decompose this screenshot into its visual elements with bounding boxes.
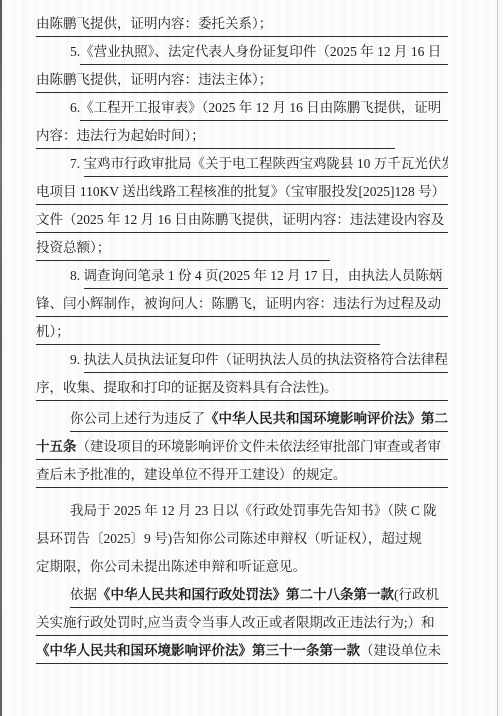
doc-text: 由陈鹏飞提供，证明内容：委托关系）；: [36, 11, 272, 37]
underline-extension: [441, 638, 448, 664]
doc-line: 由陈鹏飞提供，证明内容：违法主体）；: [36, 67, 448, 95]
doc-text: 执法人员执法证复印件（证明执法人员的执法资格符合法律程: [84, 347, 449, 373]
doc-text: (行政机: [394, 582, 439, 608]
underline-extension: [445, 179, 448, 205]
doc-text: 锋、闫小辉制作，被询问人：陈鹏飞，证明内容：违法行为过程及动: [36, 291, 441, 317]
underline-extension: [441, 434, 448, 460]
doc-line: 查后未予批准的，建设单位不得开工建设）的规定。: [36, 462, 448, 490]
doc-text: 关实施行政处罚时,应当责令当事人改正或者限期改正违法行为;）和: [36, 610, 435, 636]
doc-text: 机）；: [36, 319, 70, 345]
underline-extension: [442, 263, 448, 289]
doc-text: 《营业执照》、法定代表人身份证复印件（2025 年 12 月 16 日: [80, 39, 441, 65]
doc-line: 关实施行政处罚时,应当责令当事人改正或者限期改正违法行为;）和: [36, 610, 448, 638]
list-number: 9.: [70, 347, 84, 372]
underline-extension: [347, 462, 449, 488]
underline-extension: [441, 39, 448, 65]
doc-line: 投资总额）；: [36, 235, 448, 263]
doc-text: 电项目 110KV 送出线路工程核准的批复》（宝审服投发[2025]128 号）: [36, 179, 445, 205]
underline-extension: [110, 235, 330, 261]
underline-extension: [70, 319, 380, 345]
doc-line: 由陈鹏飞提供，证明内容：委托关系）；: [36, 11, 448, 39]
doc-line: 十五条 （建设项目的环境影响评价文件未依法经审批部门审查或者审: [36, 434, 448, 462]
doc-text: 依据: [70, 582, 97, 608]
underline-extension: [439, 582, 448, 608]
doc-text: 文件（2025 年 12 月 16 日由陈鹏飞提供，证明内容：违法建设内容及: [36, 207, 444, 233]
doc-line: 我局于 2025 年 12 月 23 日以《行政处罚事先告知书》（陕 C 陇: [36, 498, 448, 526]
doc-line: 9. 执法人员执法证复印件（证明执法人员的执法资格符合法律程: [36, 347, 448, 375]
underline-extension: [272, 67, 448, 93]
scan-edge-artifact-left: [0, 0, 2, 716]
doc-text: 我局于 2025 年 12 月 23 日以《行政处罚事先告知书》（陕 C 陇: [70, 498, 437, 523]
doc-text: 定期限，你公司未提出陈述申辩和听证意见。: [36, 554, 306, 579]
doc-line: 《中华人民共和国环境影响评价法》第三十一条第一款 （建设单位未: [36, 638, 448, 666]
doc-line: 你公司上述行为违反了 《中华人民共和国环境影响评价法》第二: [36, 406, 448, 434]
doc-line: 依据 《中华人民共和国行政处罚法》第二十八条第一款 (行政机: [36, 582, 448, 610]
doc-line: 文件（2025 年 12 月 16 日由陈鹏飞提供，证明内容：违法建设内容及: [36, 207, 448, 235]
doc-line: 县环罚告〔2025〕9 号)告知你公司陈述申辩权（听证权），超过规: [36, 526, 448, 554]
doc-line: 8. 调查询问笔录 1 份 4 页(2025 年 12 月 17 日，由执法人员…: [36, 263, 448, 291]
doc-line: 7. 宝鸡市行政审批局《关于电工程陕西宝鸡陇县 10 万千瓦光伏发: [36, 151, 448, 179]
underline-extension: [441, 95, 448, 121]
underline-extension: [435, 610, 448, 636]
list-number: 8.: [70, 263, 84, 288]
doc-text: 调查询问笔录 1 份 4 页(2025 年 12 月 17 日，由执法人员陈炳: [84, 263, 443, 289]
list-number: 7.: [70, 151, 84, 176]
doc-line: 内容：违法行为起始时间）；: [36, 123, 448, 151]
doc-text: 由陈鹏飞提供，证明内容：违法主体）；: [36, 67, 272, 93]
doc-text: 县环罚告〔2025〕9 号)告知你公司陈述申辩权（听证权），超过规: [36, 526, 422, 551]
underline-extension: [338, 375, 449, 401]
doc-line: 锋、闫小辉制作，被询问人：陈鹏飞，证明内容：违法行为过程及动: [36, 291, 448, 319]
law-citation: 《中华人民共和国环境影响评价法》第二: [205, 406, 448, 432]
doc-line: 定期限，你公司未提出陈述申辩和听证意见。: [36, 554, 448, 582]
doc-line: 电项目 110KV 送出线路工程核准的批复》（宝审服投发[2025]128 号）: [36, 179, 448, 207]
underline-extension: [205, 123, 395, 149]
doc-text: （建设项目的环境影响评价文件未依法经审批部门审查或者审: [77, 434, 442, 460]
scan-edge-artifact-right: [497, 0, 498, 716]
doc-text: 查后未予批准的，建设单位不得开工建设）的规定。: [36, 462, 347, 488]
law-citation: 《中华人民共和国行政处罚法》第二十八条第一款: [97, 582, 394, 608]
doc-text: 序，收集、提取和打印的证据及资料具有合法性)。: [36, 375, 338, 401]
list-number: 5.: [70, 39, 80, 64]
law-citation: 《中华人民共和国环境影响评价法》第三十一条第一款: [36, 638, 360, 664]
doc-text: 你公司上述行为违反了: [70, 406, 205, 432]
doc-text: 投资总额）；: [36, 235, 110, 261]
doc-text: 《工程开工报审表》（2025 年 12 月 16 日由陈鹏飞提供，证明: [80, 95, 441, 121]
doc-line: 序，收集、提取和打印的证据及资料具有合法性)。: [36, 375, 448, 403]
doc-line: 6. 《工程开工报审表》（2025 年 12 月 16 日由陈鹏飞提供，证明: [36, 95, 448, 123]
law-citation: 十五条: [36, 434, 77, 460]
underline-extension: [441, 291, 448, 317]
list-number: 6.: [70, 95, 80, 120]
doc-line: 机）；: [36, 319, 448, 347]
doc-text: 内容：违法行为起始时间）；: [36, 123, 205, 149]
doc-line: 5. 《营业执照》、法定代表人身份证复印件（2025 年 12 月 16 日: [36, 39, 448, 67]
underline-extension: [444, 207, 448, 233]
doc-text: （建设单位未: [360, 638, 441, 664]
underline-extension: [272, 11, 448, 37]
document-body: 由陈鹏飞提供，证明内容：委托关系）； 5. 《营业执照》、法定代表人身份证复印件…: [36, 11, 448, 666]
document-page: 由陈鹏飞提供，证明内容：委托关系）； 5. 《营业执照》、法定代表人身份证复印件…: [0, 0, 503, 716]
doc-text: 宝鸡市行政审批局《关于电工程陕西宝鸡陇县 10 万千瓦光伏发: [84, 151, 449, 177]
